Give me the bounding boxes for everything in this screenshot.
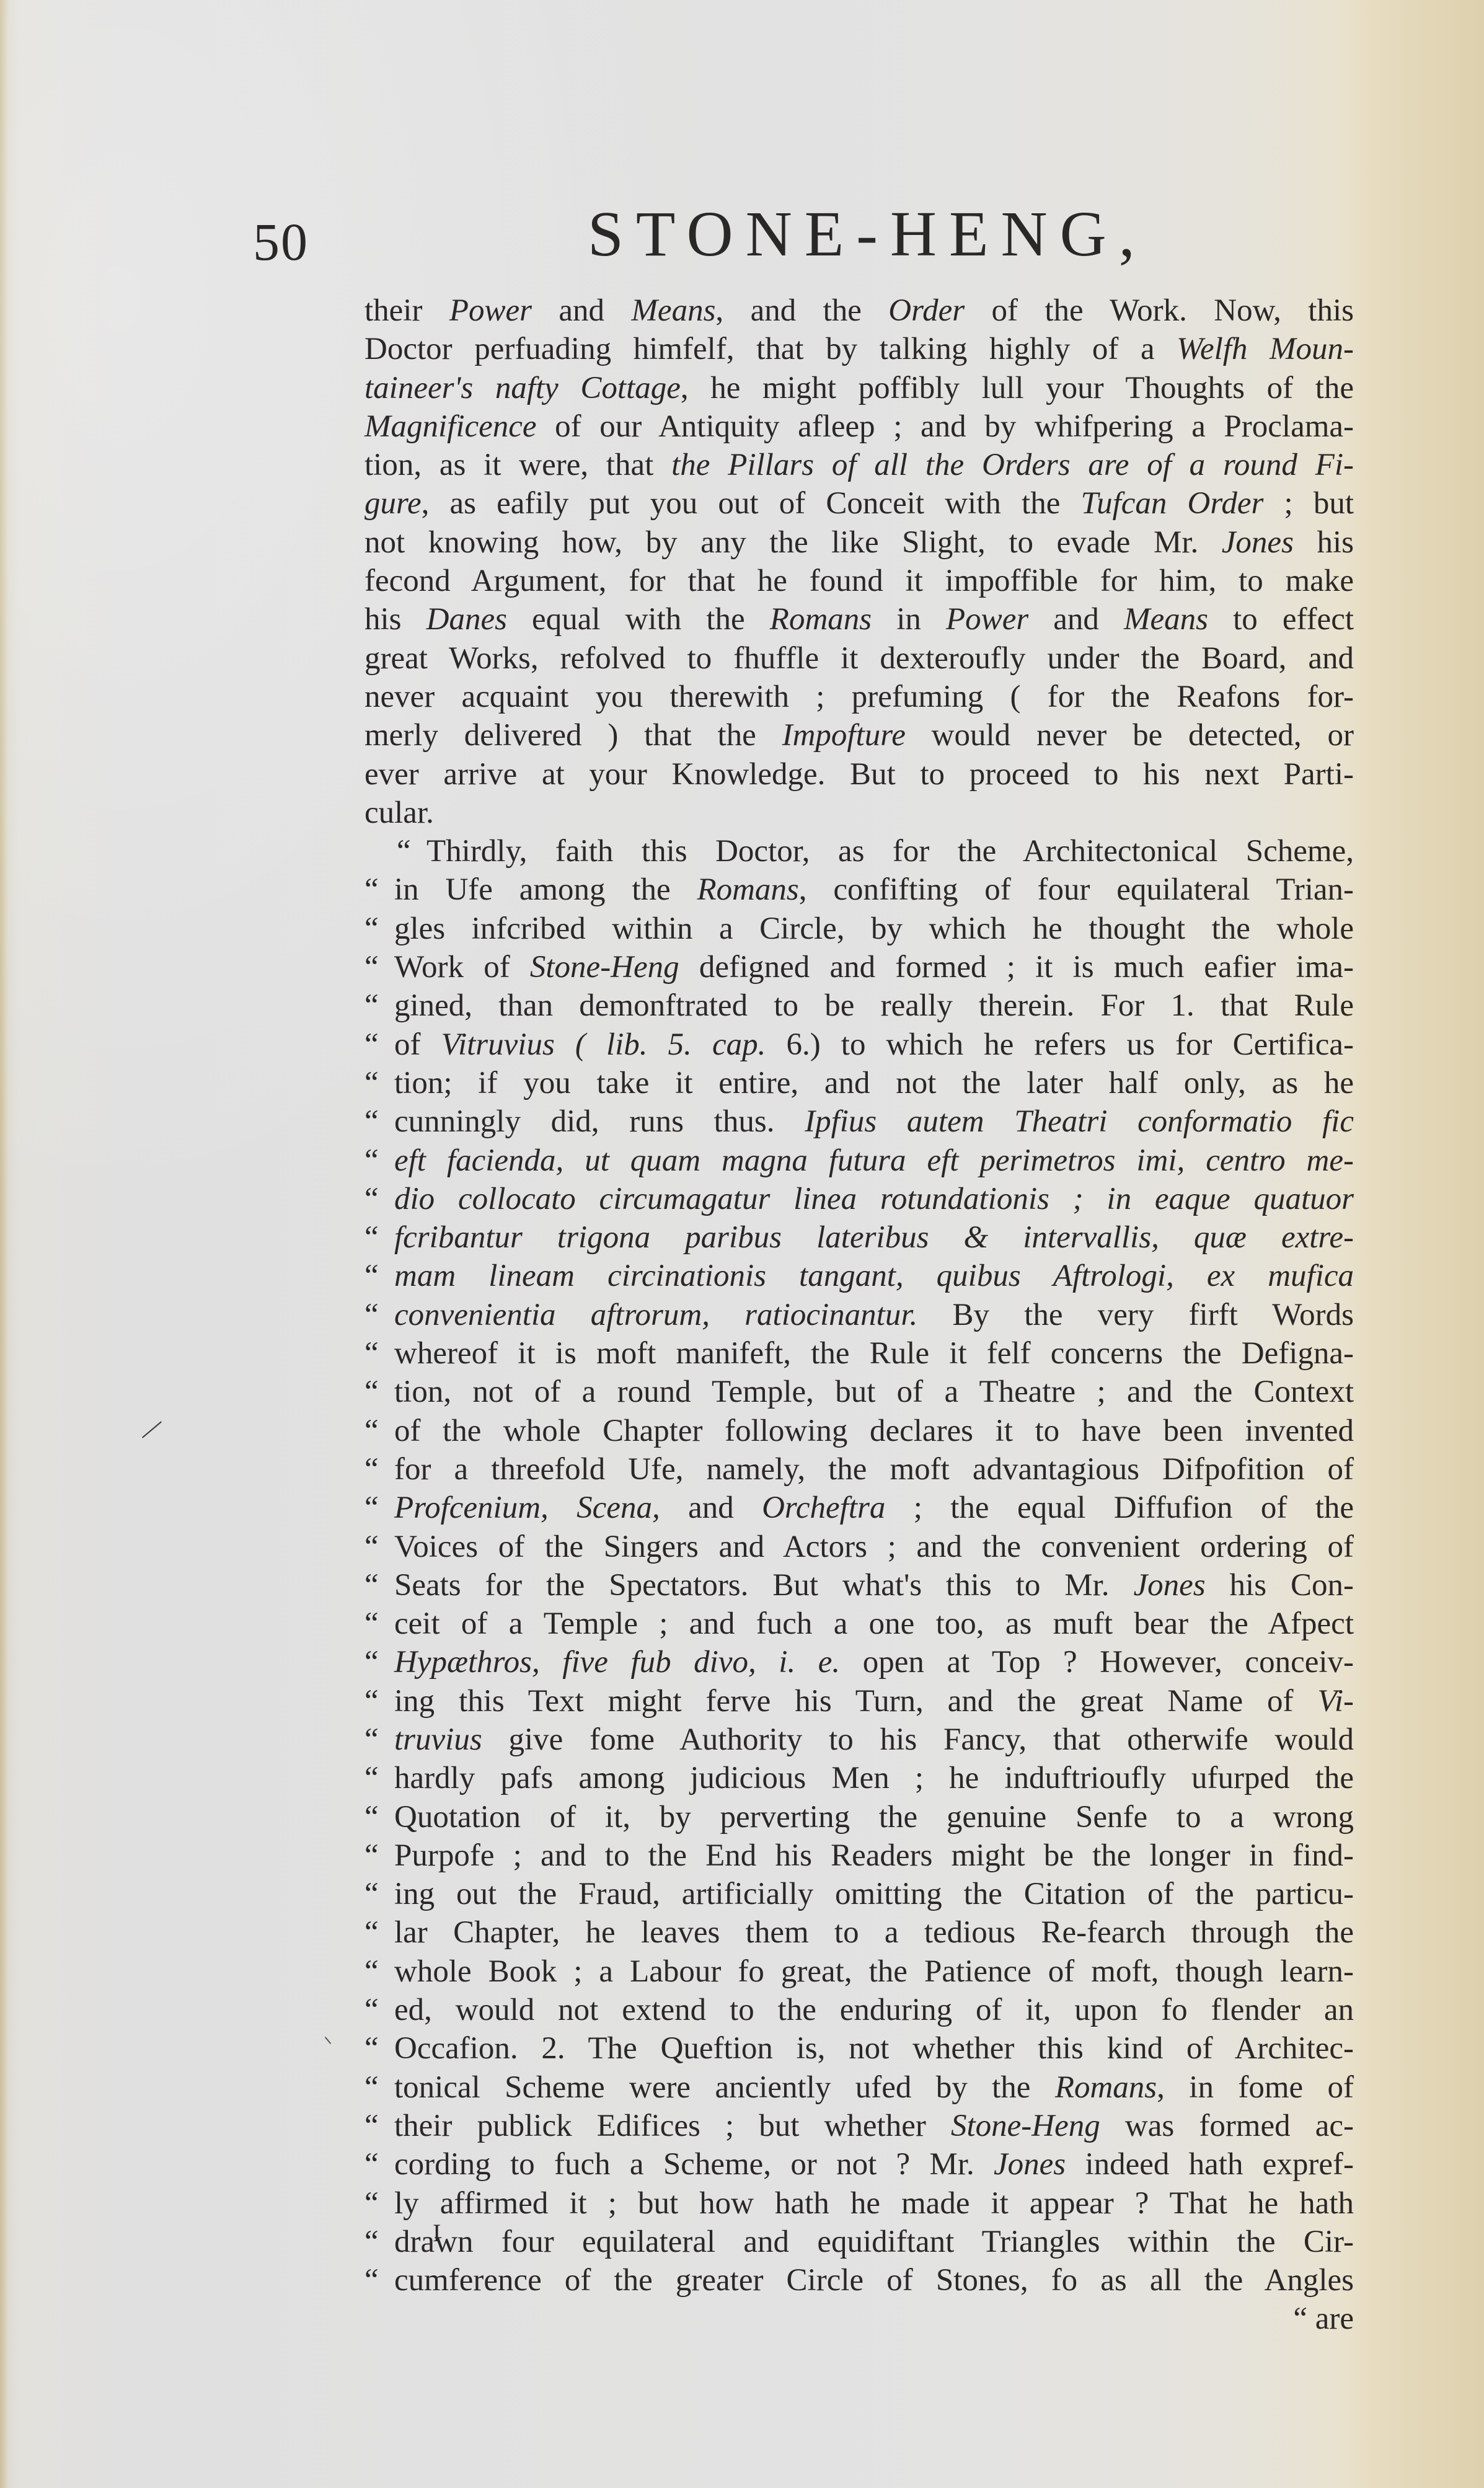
- text-line: “cording to fuch a Scheme, or not ? Mr. …: [364, 2145, 1354, 2184]
- italic-text: dio collocato circumagatur linea rotunda…: [394, 1182, 1354, 1216]
- roman-text: of our Antiquity afleep ; and by whifper…: [537, 409, 1354, 444]
- quote-mark: “: [364, 1798, 394, 1836]
- roman-text: cunningly did, runs thus.: [394, 1104, 805, 1139]
- roman-text: gined, than demonftrated to be really th…: [394, 988, 1354, 1023]
- text-line: “mam lineam circinationis tangant, quibu…: [364, 1257, 1354, 1295]
- text-line: “ceit of a Temple ; and fuch a one too, …: [364, 1605, 1354, 1643]
- roman-text: would never be detected, or: [906, 718, 1354, 753]
- roman-text: ceit of a Temple ; and fuch a one too, a…: [394, 1606, 1354, 1641]
- text-line: “Voices of the Singers and Actors ; and …: [364, 1528, 1354, 1566]
- italic-text: Welfh Moun-: [1177, 332, 1354, 366]
- quote-mark: “: [364, 1334, 394, 1373]
- roman-text: fecond Argument, for that he found it im…: [364, 564, 1354, 598]
- quote-mark: “: [364, 1682, 394, 1720]
- roman-text: of the Work. Now, this: [965, 293, 1354, 328]
- text-line: merly delivered ) that the Impofture wou…: [364, 716, 1354, 755]
- roman-text: indeed hath expref-: [1066, 2147, 1354, 2182]
- quote-mark: “: [364, 1952, 394, 1991]
- roman-text: gles infcribed within a Circle, by which…: [394, 911, 1354, 946]
- italic-text: Ipfius autem Theatri conformatio fic: [805, 1104, 1354, 1139]
- roman-text: merly delivered ) that the: [364, 718, 782, 753]
- quote-mark: “: [364, 1913, 394, 1952]
- text-line: “whole Book ; a Labour fo great, the Pat…: [364, 1952, 1354, 1991]
- body-text: their Power and Means, and the Order of …: [364, 291, 1354, 2339]
- text-line: “Purpofe ; and to the End his Readers mi…: [364, 1836, 1354, 1875]
- italic-text: the Pillars of all the Orders are of a r…: [671, 448, 1354, 482]
- page-number: 50: [253, 211, 309, 273]
- text-line: “ed, would not extend to the enduring of…: [364, 1991, 1354, 2029]
- italic-text: Profcenium, Scena,: [394, 1490, 660, 1525]
- text-line: “Seats for the Spectators. But what's th…: [364, 1566, 1354, 1605]
- roman-text: never acquaint you therewith ; prefuming…: [364, 680, 1354, 714]
- italic-text: Vi-: [1317, 1684, 1354, 1719]
- text-line: “gined, than demonftrated to be really t…: [364, 986, 1354, 1025]
- italic-text: mam lineam circinationis tangant, quibus…: [394, 1259, 1354, 1293]
- quote-mark: “: [364, 986, 394, 1025]
- text-line: “Profcenium, Scena, and Orcheftra ; the …: [364, 1489, 1354, 1527]
- text-line: “ing this Text might ferve his Turn, and…: [364, 1682, 1354, 1720]
- quote-mark: “: [364, 1218, 394, 1257]
- quote-mark: “: [364, 2107, 394, 2145]
- quote-mark: “: [364, 910, 394, 948]
- roman-text: not knowing how, by any the like Slight,…: [364, 525, 1222, 560]
- text-line: “Occafion. 2. The Queftion is, not wheth…: [364, 2029, 1354, 2068]
- text-line: “Work of Stone-Heng defigned and formed …: [364, 948, 1354, 986]
- quote-mark: “: [364, 2223, 394, 2261]
- roman-text: ; the equal Diffufion of the: [885, 1490, 1354, 1525]
- italic-text: Order: [888, 293, 965, 328]
- italic-text: fcribantur trigona paribus lateribus & i…: [394, 1220, 1354, 1255]
- roman-text: in Ufe among the: [394, 872, 697, 907]
- roman-text: Voices of the Singers and Actors ; and t…: [394, 1530, 1354, 1564]
- text-line: gure, as eafily put you out of Conceit w…: [364, 484, 1354, 523]
- roman-text: , confifting of four equilateral Trian-: [799, 872, 1354, 907]
- roman-text: Seats for the Spectators. But what's thi…: [394, 1568, 1133, 1603]
- italic-text: truvius: [394, 1722, 482, 1757]
- text-line: never acquaint you therewith ; prefuming…: [364, 678, 1354, 716]
- italic-text: taineer's nafty Cottage: [364, 371, 681, 405]
- quote-mark: “: [364, 1141, 394, 1180]
- italic-text: Jones: [1133, 1568, 1205, 1603]
- roman-text: ; but: [1263, 486, 1354, 521]
- quote-mark: “: [364, 1720, 394, 1759]
- text-line: “fcribantur trigona paribus lateribus & …: [364, 1218, 1354, 1257]
- quote-mark: “: [364, 1412, 394, 1450]
- text-line: “ing out the Fraud, artificially omittin…: [364, 1875, 1354, 1913]
- text-line: “cunningly did, runs thus. Ipfius autem …: [364, 1102, 1354, 1141]
- roman-text: open at Top ? However, conceiv-: [840, 1645, 1354, 1680]
- roman-text: Work of: [394, 950, 530, 985]
- roman-text: give fome Authority to his Fancy, that o…: [482, 1722, 1354, 1757]
- quote-mark: “: [364, 1296, 394, 1334]
- text-line: “tion; if you take it entire, and not th…: [364, 1064, 1354, 1102]
- italic-text: Power: [449, 293, 532, 328]
- roman-text: to effect: [1208, 602, 1354, 637]
- italic-text: gure: [364, 486, 422, 521]
- text-line: ever arrive at your Knowledge. But to pr…: [364, 755, 1354, 794]
- roman-text: their: [364, 293, 449, 328]
- text-line: great Works, refolved to fhuffle it dext…: [364, 639, 1354, 678]
- roman-text: cular.: [364, 795, 434, 830]
- roman-text: , in fome of: [1157, 2070, 1354, 2105]
- text-line: “Quotation of it, by perverting the genu…: [364, 1798, 1354, 1836]
- quote-mark: “: [364, 1566, 394, 1605]
- roman-text: drawn four equilateral and equidiftant T…: [394, 2225, 1354, 2259]
- quote-mark: “: [364, 1528, 394, 1566]
- text-line: tion, as it were, that the Pillars of al…: [364, 446, 1354, 484]
- italic-text: Jones: [994, 2147, 1066, 2182]
- italic-text: Means: [1124, 602, 1208, 637]
- text-line: “their publick Edifices ; but whether St…: [364, 2107, 1354, 2145]
- text-line: Magnificence of our Antiquity afleep ; a…: [364, 407, 1354, 446]
- italic-text: convenientia aftrorum, ratiocinantur.: [394, 1298, 917, 1332]
- roman-text: and: [660, 1490, 762, 1525]
- text-line: “of the whole Chapter following declares…: [364, 1412, 1354, 1450]
- quote-mark: “: [364, 870, 394, 909]
- roman-text: , as eafily put you out of Conceit with …: [422, 486, 1081, 521]
- quote-mark: “: [364, 1605, 394, 1643]
- text-line: “Hypæthros, five fub divo, i. e. open at…: [364, 1643, 1354, 1681]
- roman-text: defigned and formed ; it is much eafier …: [679, 950, 1354, 985]
- text-line: “convenientia aftrorum, ratiocinantur. B…: [364, 1296, 1354, 1334]
- roman-text: , and the: [715, 293, 888, 328]
- quote-mark: “: [364, 1991, 394, 2029]
- quote-mark: “: [364, 2068, 394, 2107]
- quote-mark: “: [364, 1836, 394, 1875]
- italic-text: Hypæthros, five fub divo, i. e.: [394, 1645, 840, 1680]
- text-line: “lar Chapter, he leaves them to a tediou…: [364, 1913, 1354, 1952]
- italic-text: Vitruvius ( lib. 5. cap.: [441, 1027, 766, 1062]
- italic-text: Orcheftra: [762, 1490, 885, 1525]
- roman-text: Doctor perfuading himfelf, that by talki…: [364, 332, 1177, 366]
- roman-text: tion, as it were, that: [364, 448, 671, 482]
- italic-text: Magnificence: [364, 409, 537, 444]
- roman-text: Occafion. 2. The Queftion is, not whethe…: [394, 2031, 1354, 2066]
- text-line: “dio collocato circumagatur linea rotund…: [364, 1180, 1354, 1218]
- roman-text: of the whole Chapter following declares …: [394, 1414, 1354, 1448]
- text-line: “eft facienda, ut quam magna futura eft …: [364, 1141, 1354, 1180]
- text-line: cular.: [364, 794, 1354, 832]
- roman-text: By the very firft Words: [917, 1298, 1354, 1332]
- text-line: not knowing how, by any the like Slight,…: [364, 523, 1354, 562]
- text-line: his Danes equal with the Romans in Power…: [364, 600, 1354, 639]
- italic-text: Romans: [697, 872, 798, 907]
- text-line: “tonical Scheme were anciently ufed by t…: [364, 2068, 1354, 2107]
- roman-text: ing out the Fraud, artificially omitting…: [394, 1877, 1354, 1911]
- roman-text: lar Chapter, he leaves them to a tedious…: [394, 1915, 1354, 1950]
- margin-pen-mark-small: [325, 2037, 332, 2044]
- quote-mark: “: [364, 2184, 394, 2223]
- roman-text: his: [364, 602, 426, 637]
- quote-mark: “: [364, 1875, 394, 1913]
- italic-text: Power: [946, 602, 1028, 637]
- quote-mark: “: [364, 1643, 394, 1681]
- italic-text: Romans: [1055, 2070, 1157, 2105]
- italic-text: Impofture: [782, 718, 906, 753]
- quote-mark: “: [364, 1373, 394, 1411]
- text-line: “gles infcribed within a Circle, by whic…: [364, 910, 1354, 948]
- roman-text: 6.) to which he refers us for Certifica-: [766, 1027, 1354, 1062]
- italic-text: Romans: [770, 602, 872, 637]
- margin-pen-mark: [142, 1421, 162, 1438]
- text-line: “cumference of the greater Circle of Sto…: [364, 2261, 1354, 2300]
- roman-text: ing this Text might ferve his Turn, and …: [394, 1684, 1317, 1719]
- italic-text: Means: [631, 293, 715, 328]
- quote-mark: “: [364, 1025, 394, 1064]
- quote-mark: “: [364, 1489, 394, 1527]
- quote-mark: “: [364, 2029, 394, 2068]
- text-line: “in Ufe among the Romans, confifting of …: [364, 870, 1354, 909]
- roman-text: Purpofe ; and to the End his Readers mig…: [394, 1838, 1354, 1873]
- roman-text: cumference of the greater Circle of Ston…: [394, 2263, 1354, 2298]
- quote-mark: “: [364, 1450, 394, 1489]
- roman-text: tion, not of a round Temple, but of a Th…: [394, 1375, 1354, 1409]
- italic-text: eft facienda, ut quam magna futura eft p…: [394, 1143, 1354, 1178]
- page-edge-left: [0, 0, 9, 2488]
- roman-text: cording to fuch a Scheme, or not ? Mr.: [394, 2147, 994, 2182]
- text-line: Doctor perfuading himfelf, that by talki…: [364, 330, 1354, 368]
- text-line: “tion, not of a round Temple, but of a T…: [364, 1373, 1354, 1411]
- quote-mark: “: [364, 1759, 394, 1797]
- quote-mark: “: [364, 2145, 394, 2184]
- italic-text: Stone-Heng: [951, 2109, 1100, 2143]
- text-line: “of Vitruvius ( lib. 5. cap. 6.) to whic…: [364, 1025, 1354, 1064]
- text-line: fecond Argument, for that he found it im…: [364, 562, 1354, 600]
- roman-text: their publick Edifices ; but whether: [394, 2109, 951, 2143]
- quote-mark: “: [364, 1180, 394, 1218]
- text-line: “drawn four equilateral and equidiftant …: [364, 2223, 1354, 2261]
- text-line: taineer's nafty Cottage, he might poffib…: [364, 369, 1354, 407]
- roman-text: great Works, refolved to fhuffle it dext…: [364, 641, 1354, 676]
- roman-text: in: [872, 602, 946, 637]
- signature-mark: I: [433, 2218, 441, 2247]
- roman-text: tion; if you take it entire, and not the…: [394, 1066, 1354, 1100]
- text-line: “truvius give fome Authority to his Fanc…: [364, 1720, 1354, 1759]
- roman-text: tonical Scheme were anciently ufed by th…: [394, 2070, 1055, 2105]
- italic-text: Stone-Heng: [530, 950, 679, 985]
- quote-mark: “: [364, 1064, 394, 1102]
- quote-mark: “: [364, 948, 394, 986]
- quote-mark: “: [364, 1257, 394, 1295]
- quote-mark: “: [364, 2261, 394, 2300]
- running-head-title: STONE-HENG,: [588, 197, 1147, 271]
- text-line: “ly affirmed it ; but how hath he made i…: [364, 2184, 1354, 2223]
- catchword: “ are: [364, 2300, 1354, 2338]
- roman-text: hardly pafs among judicious Men ; he ind…: [394, 1761, 1354, 1795]
- roman-text: Quotation of it, by perverting the genui…: [394, 1800, 1354, 1835]
- text-line: “whereof it is moft manifeft, the Rule i…: [364, 1334, 1354, 1373]
- quote-mark: “: [364, 1102, 394, 1141]
- roman-text: was formed ac-: [1100, 2109, 1354, 2143]
- text-line: “Thirdly, faith this Doctor, as for the …: [364, 832, 1354, 870]
- roman-text: his Con-: [1206, 1568, 1354, 1603]
- roman-text: equal with the: [507, 602, 770, 637]
- italic-text: Jones: [1222, 525, 1294, 560]
- text-line: “hardly pafs among judicious Men ; he in…: [364, 1759, 1354, 1797]
- roman-text: ly affirmed it ; but how hath he made it…: [394, 2186, 1354, 2221]
- roman-text: whole Book ; a Labour fo great, the Pati…: [394, 1954, 1354, 1989]
- roman-text: his: [1294, 525, 1354, 560]
- roman-text: ed, would not extend to the enduring of …: [394, 1993, 1354, 2027]
- quote-mark: “: [397, 832, 426, 870]
- roman-text: of: [394, 1027, 441, 1062]
- roman-text: and: [532, 293, 631, 328]
- italic-text: Tufcan Order: [1081, 486, 1264, 521]
- roman-text: and: [1028, 602, 1124, 637]
- text-line: “for a threefold Ufe, namely, the moft a…: [364, 1450, 1354, 1489]
- text-line: their Power and Means, and the Order of …: [364, 291, 1354, 330]
- roman-text: Thirdly, faith this Doctor, as for the A…: [426, 834, 1354, 869]
- roman-text: ever arrive at your Knowledge. But to pr…: [364, 757, 1354, 792]
- roman-text: , he might poffibly lull your Thoughts o…: [681, 371, 1354, 405]
- italic-text: Danes: [426, 602, 507, 637]
- roman-text: whereof it is moft manifeft, the Rule it…: [394, 1336, 1354, 1371]
- roman-text: for a threefold Ufe, namely, the moft ad…: [394, 1452, 1354, 1487]
